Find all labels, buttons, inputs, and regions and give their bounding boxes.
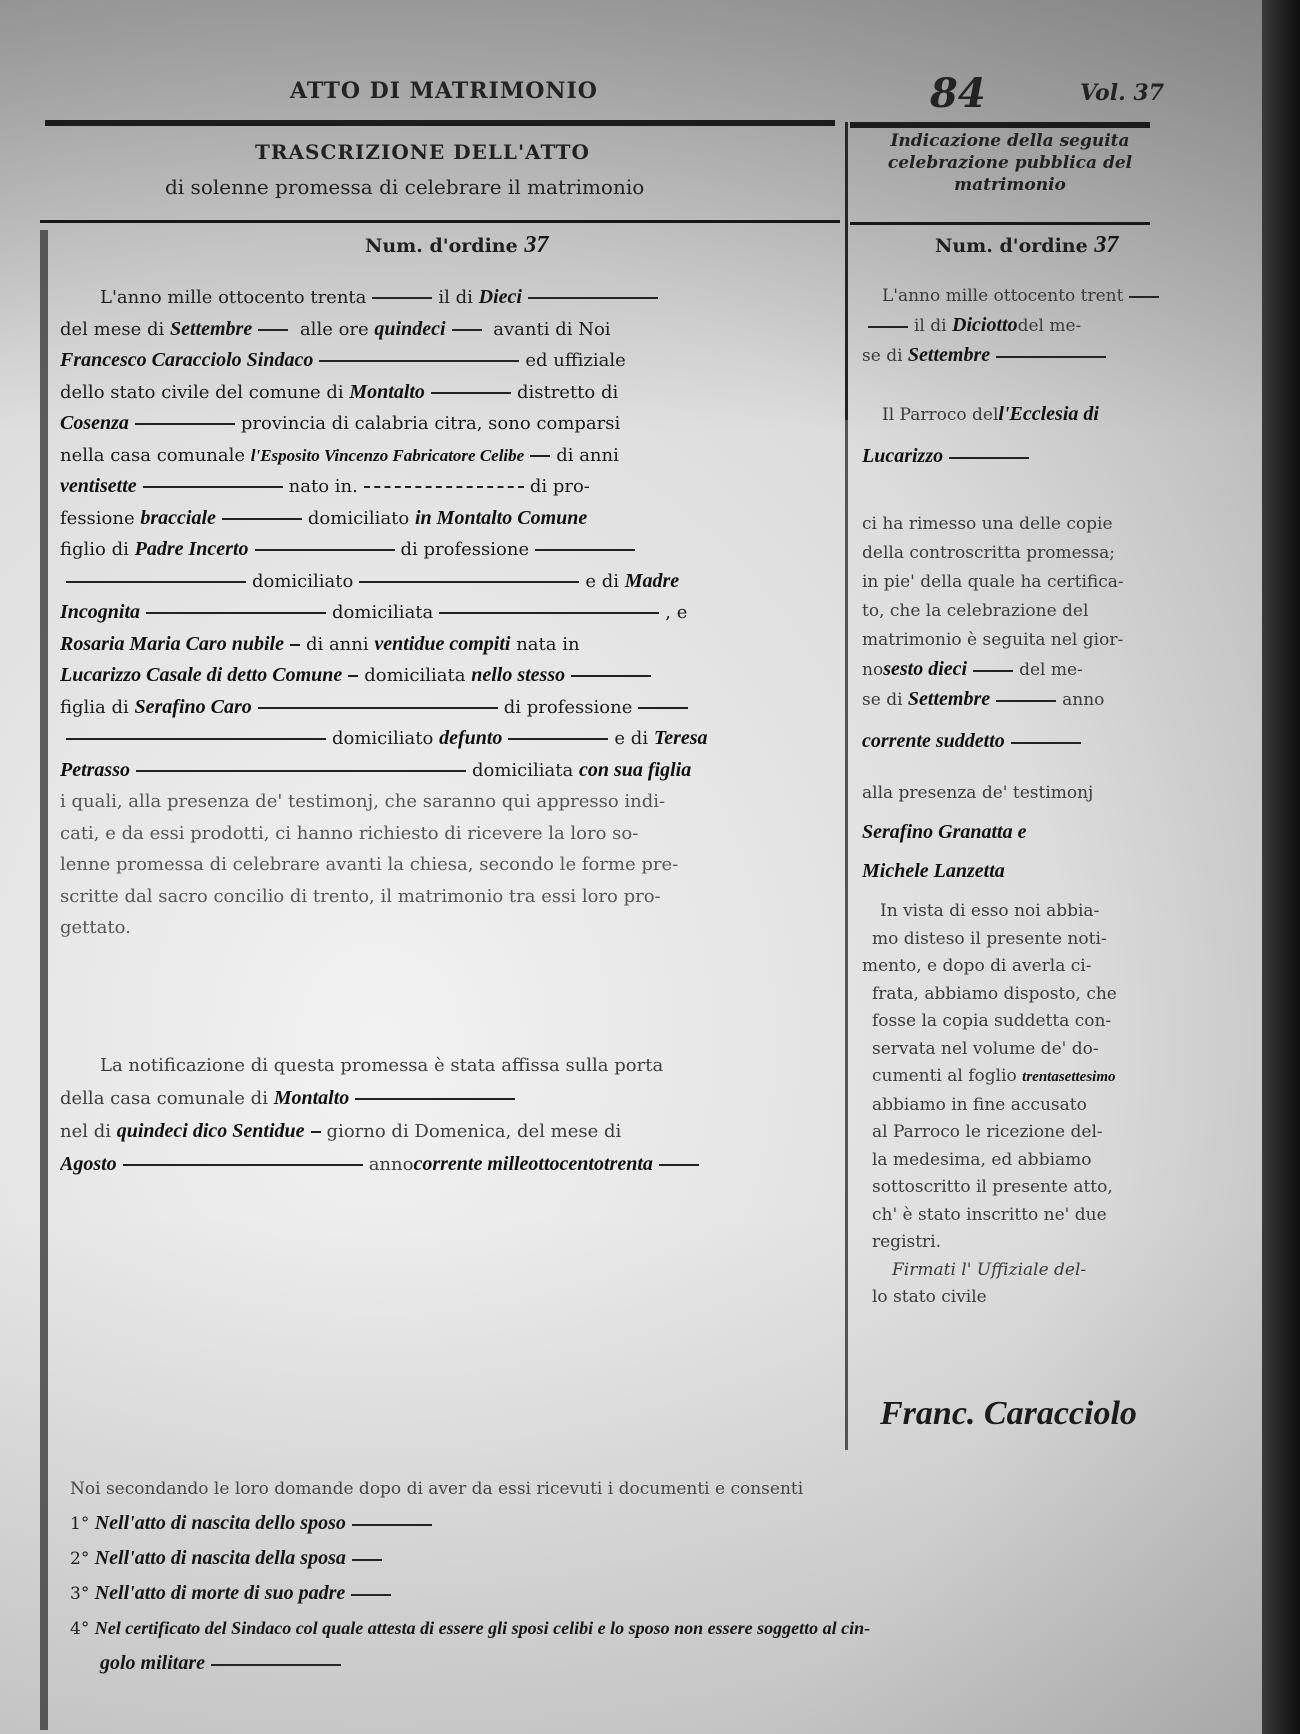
page-edge-shadow [1262, 0, 1300, 1734]
record-line: Rosaria Maria Caro nubiledi anni ventidu… [60, 629, 835, 661]
subheader-rule-right [850, 222, 1150, 225]
notification-paragraph: La notificazione di questa promessa è st… [60, 1050, 835, 1181]
left-heading-subtitle: di solenne promessa di celebrare il matr… [165, 175, 644, 199]
record-line: Francesco Caracciolo Sindacoed uffiziale [60, 345, 835, 377]
document-item: 2° Nell'atto di nascita della sposa [70, 1541, 1220, 1576]
column-divider-lower [845, 420, 848, 1450]
record-line: del mese di Settembre alle ore quindeci … [60, 314, 835, 346]
record-line: nella casa comunale l'Esposito Vincenzo … [60, 440, 835, 472]
right-order-number: Num. d'ordine 37 [935, 232, 1118, 259]
witness-2: Michele Lanzetta [862, 857, 1182, 886]
witness-label: alla presenza de' testimonj [862, 779, 1182, 808]
record-line: dello stato civile del comune di Montalt… [60, 377, 835, 409]
left-order-number: Num. d'ordine 37 [365, 232, 548, 259]
celebration-body-2: In vista di esso noi abbia- mo disteso i… [862, 898, 1182, 1312]
record-line: L'anno mille ottocento trentail di Dieci [60, 282, 835, 314]
record-line: domiciliatoe di Madre [60, 566, 835, 598]
celebration-body-1: ci ha rimesso una delle copie della cont… [862, 510, 1182, 655]
witness-1: Serafino Granatta e [862, 818, 1182, 847]
folio-number: 84 [930, 70, 986, 117]
official-signature: Franc. Caracciolo [880, 1395, 1137, 1433]
record-line: domiciliato defuntoe di Teresa [60, 723, 835, 755]
left-heading-transcription: TRASCRIZIONE DELL'ATTO [255, 140, 590, 164]
record-line: ventisettenato in.di pro- [60, 471, 835, 503]
document-title: ATTO DI MATRIMONIO [290, 78, 598, 104]
promise-record: L'anno mille ottocento trentail di Dieci… [60, 282, 835, 944]
record-line: Lucarizzo Casale di detto Comunedomicili… [60, 660, 835, 692]
documents-list: Noi secondando le loro domande dopo di a… [70, 1472, 1220, 1681]
header-rule-right [850, 122, 1150, 128]
column-divider [845, 122, 848, 422]
record-line: Cosenzaprovincia di calabria citra, sono… [60, 408, 835, 440]
record-line: Petrassodomiciliata con sua figlia [60, 755, 835, 787]
document-page: ATTO DI MATRIMONIO 84 Vol. 37 TRASCRIZIO… [0, 0, 1265, 1734]
volume-number: Vol. 37 [1080, 80, 1164, 106]
subheader-rule-left [40, 220, 840, 223]
record-line: figlia di Serafino Carodi professione [60, 692, 835, 724]
document-item: 4° Nel certificato del Sindaco col quale… [70, 1611, 1220, 1646]
record-line: figlio di Padre Incertodi professione [60, 534, 835, 566]
binding-shadow [40, 230, 48, 1730]
record-line: Incognitadomiciliata, e [60, 597, 835, 629]
document-item: 3° Nell'atto di morte di suo padre [70, 1576, 1220, 1611]
header-rule-left [45, 120, 835, 126]
record-line: fessione braccialedomiciliato in Montalt… [60, 503, 835, 535]
celebration-record: L'anno mille ottocento trent il di Dicio… [862, 282, 1182, 1312]
promise-body-text: i quali, alla presenza de' testimonj, ch… [60, 786, 835, 944]
document-item: golo militare [70, 1646, 1220, 1681]
documents-intro: Noi secondando le loro domande dopo di a… [70, 1472, 1220, 1506]
right-heading: Indicazione della seguita celebrazione p… [860, 130, 1160, 196]
document-item: 1° Nell'atto di nascita dello sposo [70, 1506, 1220, 1541]
